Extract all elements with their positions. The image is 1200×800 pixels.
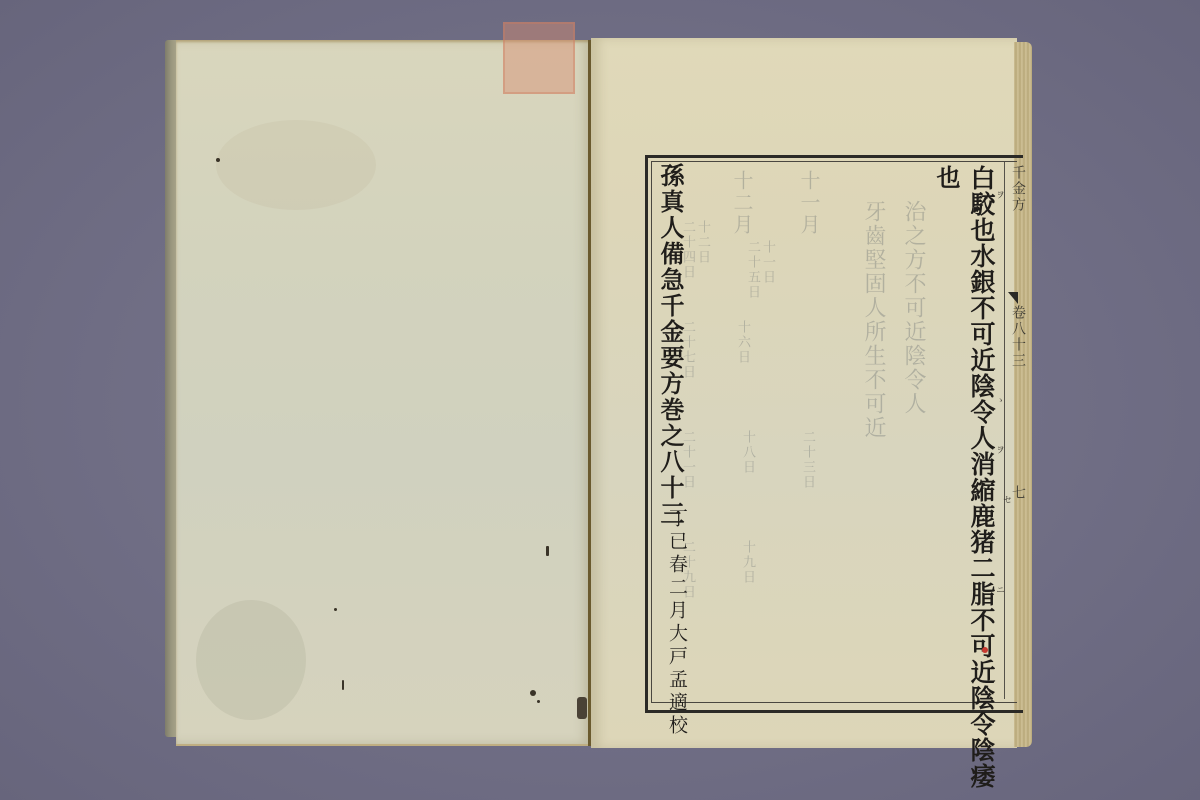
kunten-mark: ゝ (993, 395, 1006, 404)
ink-speck (546, 546, 549, 556)
kunten-mark: ヲ (993, 190, 1006, 199)
open-book: 十二月 十一月 二十四日 十二日 二十五日 十一日 二十七日 十六日 二十一日 … (0, 0, 1200, 800)
fish-tail-mark (1008, 292, 1018, 304)
ink-speck (537, 700, 540, 703)
ink-speck (216, 158, 220, 162)
banxin-volume: 卷八十三 (1008, 305, 1028, 369)
left-page-blank (176, 40, 590, 746)
colophon-column: 丁已春二月大戸孟適校 (664, 508, 691, 738)
red-collector-seal (503, 22, 575, 94)
red-punctuation-mark (982, 647, 988, 653)
paper-stain (216, 120, 376, 210)
ink-speck (577, 697, 587, 719)
banxin-title: 千金方 (1008, 165, 1028, 213)
paper-stain (196, 600, 306, 720)
text-column-end: 也 (929, 165, 964, 189)
main-text-column: 白駮也水銀不可近陰令人消縮鹿猪二脂不可近陰令陰痿 (963, 165, 999, 789)
kunten-mark: ヲ (993, 445, 1006, 454)
kunten-mark: ニ (993, 585, 1006, 594)
ink-speck (530, 690, 536, 696)
ink-speck (342, 680, 344, 690)
ink-speck (334, 608, 337, 611)
kunten-mark: セ (1000, 495, 1013, 504)
volume-title-column: 孫真人備急千金要方巻之八十三 (653, 163, 688, 527)
center-fold-line (1004, 162, 1005, 699)
